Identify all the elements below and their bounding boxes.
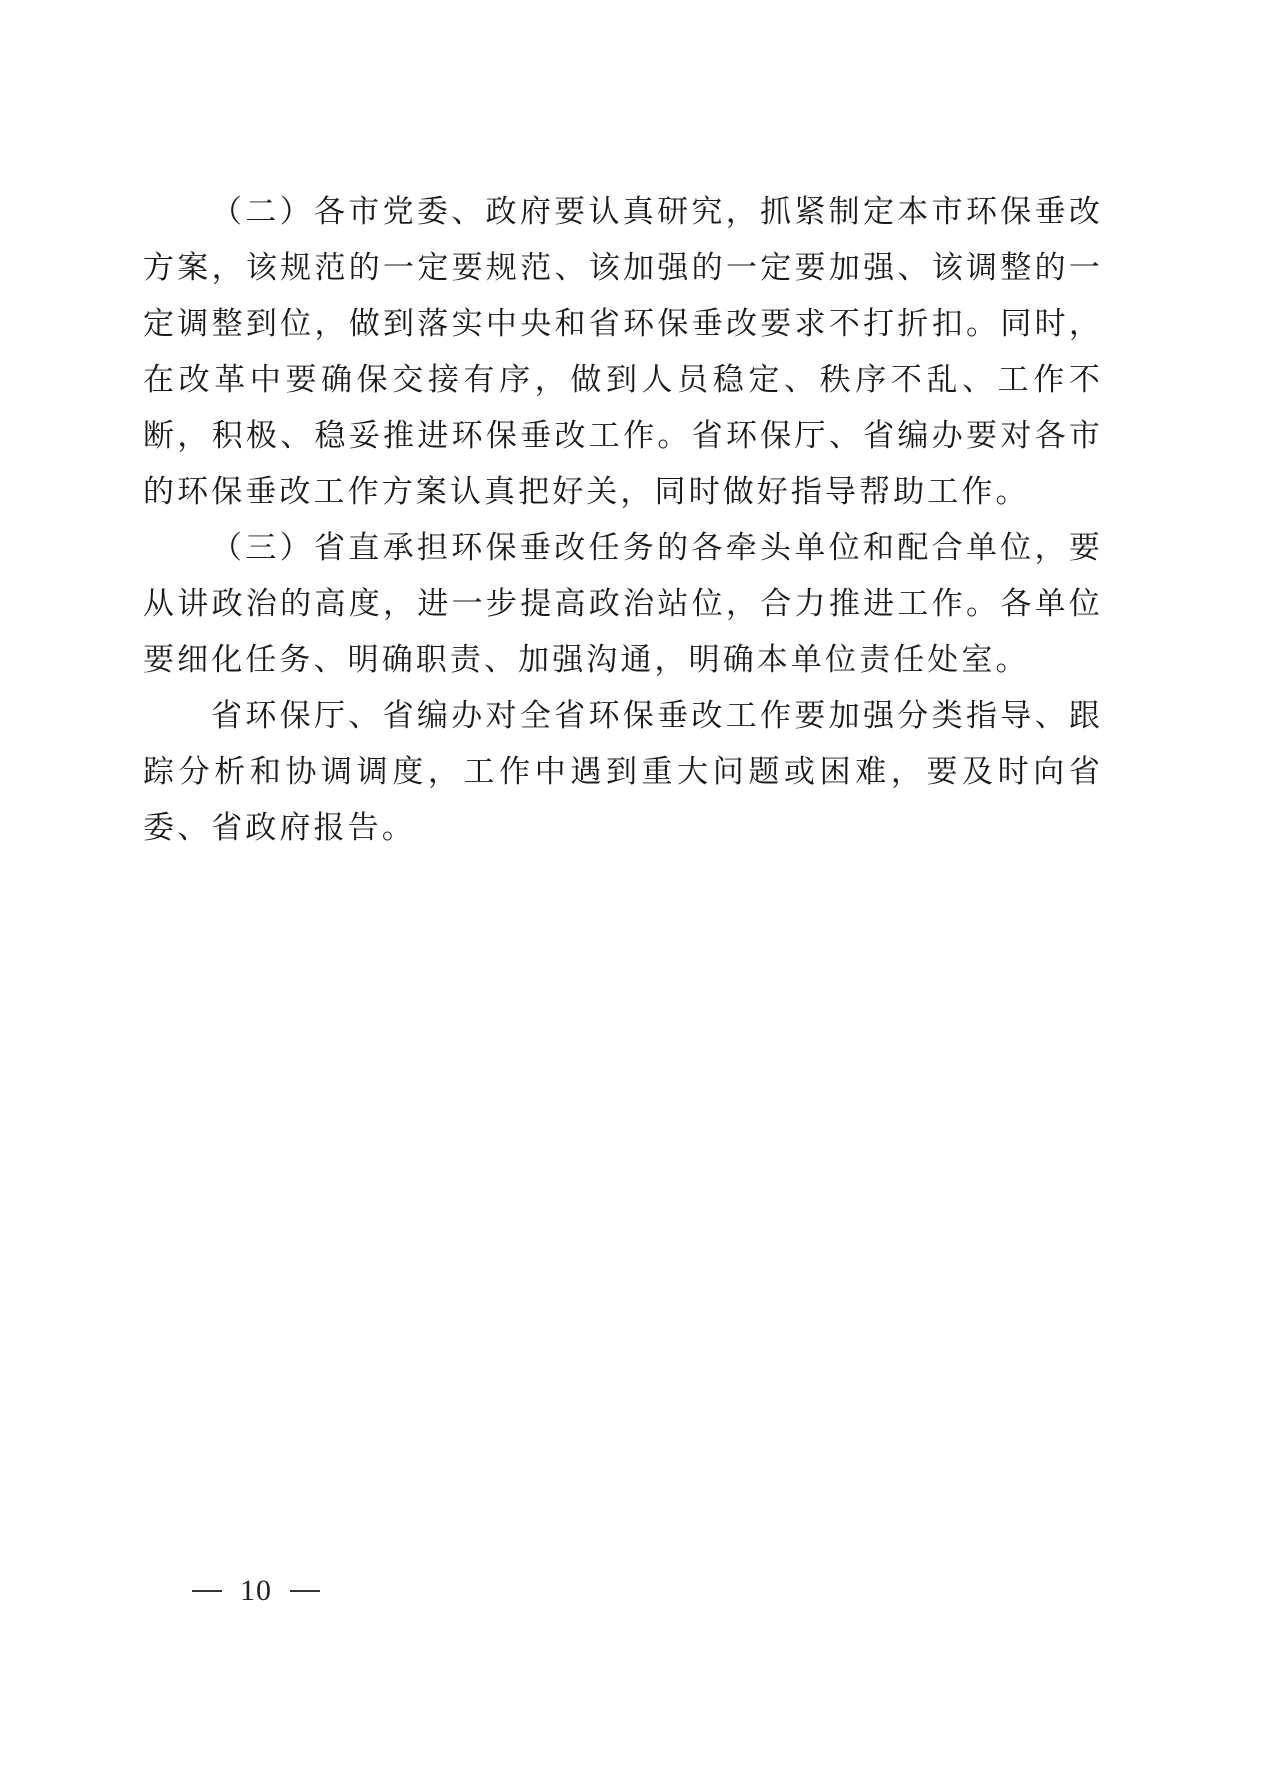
right-dash-decoration [290,1590,320,1592]
paragraph-closing: 省环保厅、省编办对全省环保垂改工作要加强分类指导、跟踪分析和协调调度，工作中遇到… [143,688,1103,856]
page-number: 10 [240,1574,272,1608]
document-body: （二）各市党委、政府要认真研究，抓紧制定本市环保垂改方案，该规范的一定要规范、该… [143,184,1103,856]
page-footer: 10 [192,1574,320,1608]
paragraph-section-2: （二）各市党委、政府要认真研究，抓紧制定本市环保垂改方案，该规范的一定要规范、该… [143,184,1103,520]
document-page: （二）各市党委、政府要认真研究，抓紧制定本市环保垂改方案，该规范的一定要规范、该… [0,0,1266,1790]
paragraph-section-3: （三）省直承担环保垂改任务的各牵头单位和配合单位，要从讲政治的高度，进一步提高政… [143,520,1103,688]
left-dash-decoration [192,1590,222,1592]
